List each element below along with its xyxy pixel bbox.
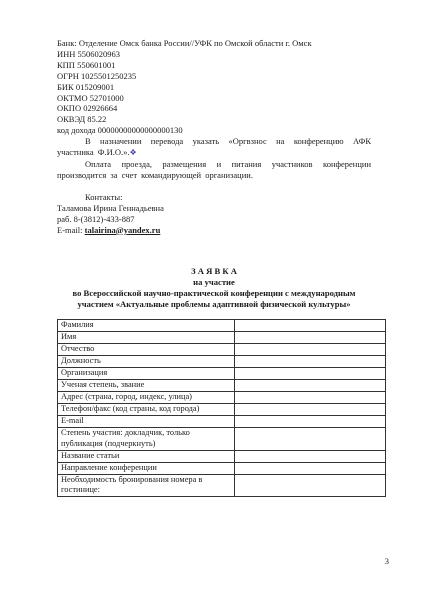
bank-details-block: Банк: Отделение Омск банка России//УФК п…	[57, 38, 371, 136]
table-row-participation: Степень участия: докладчик, только публи…	[58, 428, 386, 450]
table-row-position: Должность	[58, 356, 386, 368]
application-form-table: Фамилия Имя Отчество Должность Организац…	[57, 319, 386, 496]
field-label: Направление конференции	[58, 462, 235, 474]
field-value-cell	[235, 474, 386, 496]
application-title-line3: во Всероссийской научно-практической кон…	[57, 288, 371, 299]
field-value-cell	[235, 368, 386, 380]
table-row-address: Адрес (страна, город, индекс, улица)	[58, 392, 386, 404]
okpo-line: ОКПО 02926664	[57, 103, 371, 114]
field-label: Организация	[58, 368, 235, 380]
contact-name: Таламова Ирина Геннадьевна	[57, 203, 371, 214]
field-value-cell	[235, 332, 386, 344]
field-label: Степень участия: докладчик, только публи…	[58, 428, 235, 450]
field-value-cell	[235, 416, 386, 428]
table-row-degree: Ученая степень, звание	[58, 380, 386, 392]
field-label: Ученая степень, звание	[58, 380, 235, 392]
field-value-cell	[235, 344, 386, 356]
application-title-line4: участием «Актуальные проблемы адаптивной…	[57, 299, 371, 310]
transfer-note-text: В назначении перевода указать «Оргвзнос …	[57, 136, 371, 157]
table-row-surname: Фамилия	[58, 320, 386, 332]
contacts-block: Контакты: Таламова Ирина Геннадьевна раб…	[57, 192, 371, 236]
field-label: Отчество	[58, 344, 235, 356]
table-row-conference-track: Направление конференции	[58, 462, 386, 474]
ogrn-line: ОГРН 1025501250235	[57, 71, 371, 82]
contacts-heading: Контакты:	[57, 192, 371, 203]
kpp-line: КПП 550601001	[57, 60, 371, 71]
contact-email-line: E-mail: talairina@yandex.ru	[57, 225, 371, 236]
payment-note-paragraph: Оплата проезда, размещения и питания уча…	[57, 159, 371, 181]
diamond-marker-icon: ❖	[130, 148, 137, 157]
field-label: Должность	[58, 356, 235, 368]
field-value-cell	[235, 380, 386, 392]
field-label: Телефон/факс (код страны, код города)	[58, 404, 235, 416]
transfer-note-paragraph: В назначении перевода указать «Оргвзнос …	[57, 136, 371, 159]
contact-phone: раб. 8-(3812)-433-887	[57, 214, 371, 225]
oktmo-line: ОКТМО 52701000	[57, 93, 371, 104]
document-page: Банк: Отделение Омск банка России//УФК п…	[0, 0, 424, 600]
field-label: Необходимость бронирования номера в гост…	[58, 474, 235, 496]
income-code-line: код дохода 00000000000000000130	[57, 125, 371, 136]
field-label: Адрес (страна, город, индекс, улица)	[58, 392, 235, 404]
field-value-cell	[235, 428, 386, 450]
field-label: Имя	[58, 332, 235, 344]
field-label: Название статьи	[58, 450, 235, 462]
bank-line: Банк: Отделение Омск банка России//УФК п…	[57, 38, 371, 49]
field-value-cell	[235, 450, 386, 462]
application-title-line2: на участие	[57, 277, 371, 288]
email-link[interactable]: talairina@yandex.ru	[85, 225, 161, 235]
table-row-organization: Организация	[58, 368, 386, 380]
table-row-phone: Телефон/факс (код страны, код города)	[58, 404, 386, 416]
table-row-hotel-booking: Необходимость бронирования номера в гост…	[58, 474, 386, 496]
table-row-article-title: Название статьи	[58, 450, 386, 462]
inn-line: ИНН 5506020963	[57, 49, 371, 60]
field-value-cell	[235, 404, 386, 416]
table-row-name: Имя	[58, 332, 386, 344]
bik-line: БИК 015209001	[57, 82, 371, 93]
okved-line: ОКВЭД 85.22	[57, 114, 371, 125]
table-row-email: E-mail	[58, 416, 386, 428]
application-title-block: З А Я В К А на участие во Всероссийской …	[57, 266, 371, 310]
page-number: 3	[385, 556, 389, 566]
application-title-line1: З А Я В К А	[57, 266, 371, 277]
document-content: Банк: Отделение Омск банка России//УФК п…	[57, 38, 371, 497]
field-value-cell	[235, 462, 386, 474]
field-value-cell	[235, 392, 386, 404]
field-label: Фамилия	[58, 320, 235, 332]
email-label: E-mail:	[57, 225, 85, 235]
field-label: E-mail	[58, 416, 235, 428]
field-value-cell	[235, 356, 386, 368]
table-row-patronymic: Отчество	[58, 344, 386, 356]
field-value-cell	[235, 320, 386, 332]
